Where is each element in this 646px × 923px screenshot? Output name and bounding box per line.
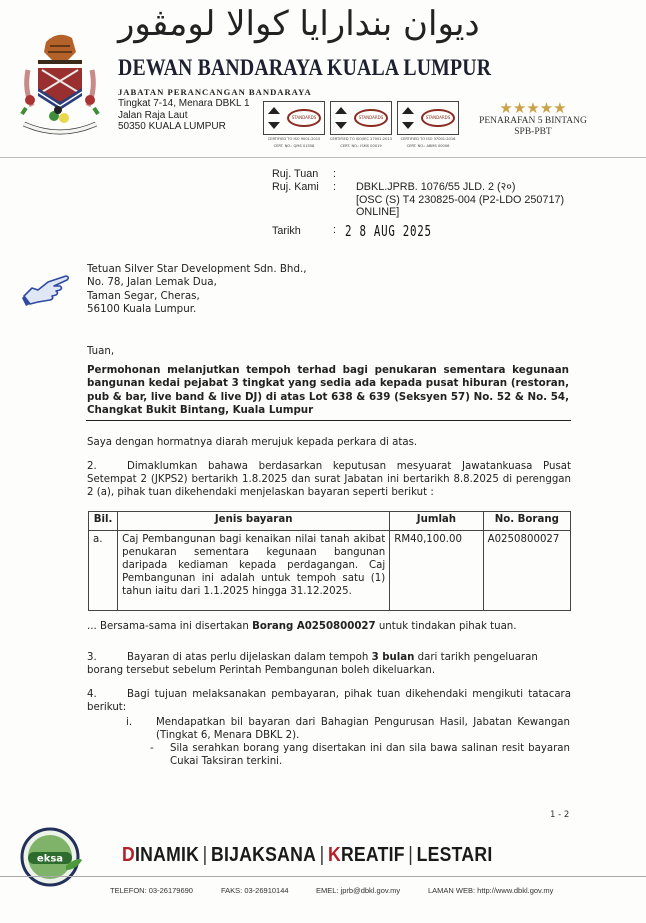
date-stamp: 2 8 AUG 2025 [345,222,432,240]
salutation: Tuan, [87,345,114,358]
certification-badges: STANDARDS CERTIFIED TO ISO 9001:2015 CER… [263,101,459,149]
table-row: a. Caj Pembangunan bagi kenaikan nilai t… [89,531,571,611]
jawi-title: ديوان بندارايا كوالا لومڤور [118,4,480,44]
col-bil: Bil. [89,512,118,531]
cert-badge-isms: STANDARDS CERTIFIED TO ISO/IEC 27001:201… [330,101,392,149]
sirim-mark-icon [267,107,281,129]
enclosure-note: ... Bersama-sama ini disertakan Borang A… [87,620,517,633]
tarikh-label: Tarikh [272,225,301,238]
cert-badge-abms: STANDARDS CERTIFIED TO ISO 37001:2016 CE… [397,101,459,149]
address-line: 50350 KUALA LUMPUR [118,121,250,133]
footer-telefon: TELEFON: 03-26179690 [110,886,193,895]
page-number: 1 - 2 [550,810,569,820]
star-rating: ★★★★★ PENARAFAN 5 BINTANG SPB-PBT [478,100,588,138]
cert-badge-qms: STANDARDS CERTIFIED TO ISO 9001:2015 CER… [263,101,325,149]
paragraph-1: Saya dengan hormatnya diarah merujuk kep… [87,436,417,449]
col-no-borang: No. Borang [483,512,570,531]
standards-oval-icon: STANDARDS [287,109,321,127]
svg-text:eksa: eksa [37,854,63,865]
sub-list-item: - Sila serahkan borang yang disertakan i… [150,742,570,768]
sirim-mark-icon [401,107,415,129]
standards-oval-icon: STANDARDS [421,109,455,127]
subject-heading: Permohonan melanjutkan tempoh terhad bag… [87,364,569,417]
eksa-logo: eksa [20,826,82,888]
footer-faks: FAKS: 03-26910144 [221,886,289,895]
sirim-mark-icon [334,107,348,129]
office-address: Tingkat 7-14, Menara DBKL 1 Jalan Raja L… [118,98,250,133]
dbkl-crest-logo [18,30,102,145]
footer-divider [0,876,646,877]
ruj-kami-label: Ruj. Kami [272,181,319,194]
address-line: Jalan Raja Laut [118,110,250,122]
header-divider [0,157,646,158]
table-header-row: Bil. Jenis bayaran Jumlah No. Borang [89,512,571,531]
motto-slogan: DINAMIK|BIJAKSANA|KREATIF|LESTARI [122,844,493,867]
paragraph-3: 3.Bayaran di atas perlu dijelaskan dalam… [87,651,571,677]
paragraph-4: 4.Bagi tujuan melaksanakan pembayaran, p… [87,688,571,714]
ruj-kami-value: DBKL.JPRB. 1076/55 JLD. 2 (२०) [OSC (S) … [356,181,564,219]
footer-email[interactable]: EMEL: jprb@dbkl.gov.my [316,886,400,895]
col-jumlah: Jumlah [390,512,483,531]
address-line: Tingkat 7-14, Menara DBKL 1 [118,98,250,110]
col-jenis-bayaran: Jenis bayaran [118,512,390,531]
organization-name: DEWAN BANDARAYA KUALA LUMPUR [118,55,491,81]
footer-website[interactable]: LAMAN WEB: http://www.dbkl.gov.my [428,886,553,895]
ruj-tuan-label: Ruj. Tuan [272,168,318,181]
subject-underline [86,420,571,421]
paragraph-2: 2.Dimaklumkan bahawa berdasarkan keputus… [87,460,571,500]
standards-oval-icon: STANDARDS [354,109,388,127]
pointing-hand-icon [22,268,70,308]
addressee-block: Tetuan Silver Star Development Sdn. Bhd.… [87,263,307,316]
five-stars-icon: ★★★★★ [478,100,588,116]
list-item-i: i. Mendapatkan bil bayaran dari Bahagian… [126,716,570,742]
department-name: JABATAN PERANCANGAN BANDARAYA [118,87,312,97]
payment-table: Bil. Jenis bayaran Jumlah No. Borang a. … [88,511,571,611]
